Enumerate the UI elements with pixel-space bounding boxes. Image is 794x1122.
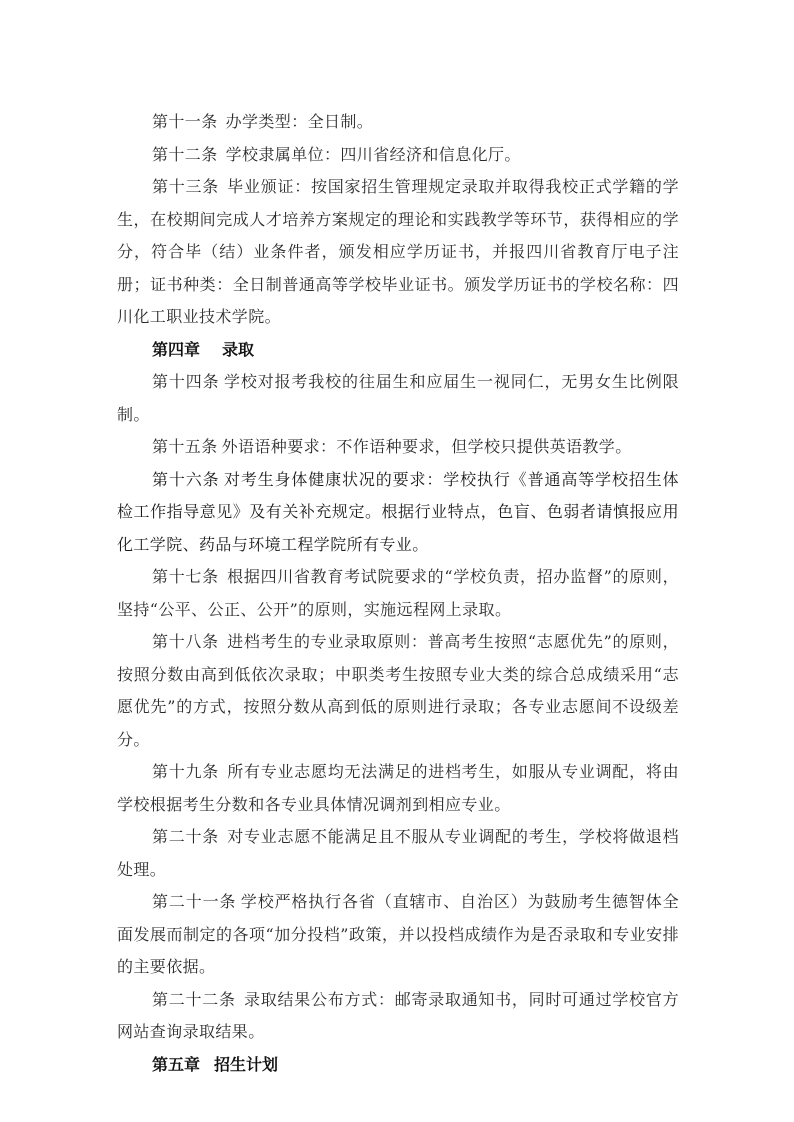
- chapter-label: 第四章: [152, 340, 200, 359]
- article-label: 第十五条: [152, 437, 218, 456]
- article-17: 第十七条根据四川省教育考试院要求的“学校负责，招办监督”的原则，坚持“公平、公正…: [117, 561, 679, 626]
- article-20: 第二十条对专业志愿不能满足且不服从专业调配的考生，学校将做退档处理。: [117, 821, 679, 886]
- article-label: 第十一条: [152, 112, 218, 131]
- chapter-5-heading: 第五章招生计划: [117, 1049, 679, 1082]
- chapter-4-heading: 第四章录取: [117, 334, 679, 367]
- article-text: 学校隶属单位：四川省经济和信息化厅。: [226, 145, 521, 164]
- article-label: 第十八条: [152, 632, 219, 651]
- chapter-title: 招生计划: [214, 1055, 278, 1074]
- article-label: 第十四条: [152, 372, 219, 391]
- article-label: 第十九条: [152, 762, 219, 781]
- article-22: 第二十二条录取结果公布方式：邮寄录取通知书，同时可通过学校官方网站查询录取结果。: [117, 984, 679, 1049]
- chapter-label: 第五章: [152, 1055, 200, 1074]
- article-label: 第二十二条: [152, 990, 236, 1009]
- article-text: 毕业颁证：按国家招生管理规定录取并取得我校正式学籍的学生，在校期间完成人才培养方…: [117, 177, 679, 326]
- article-label: 第十六条: [152, 470, 219, 489]
- article-label: 第十七条: [152, 567, 219, 586]
- article-label: 第十二条: [152, 145, 218, 164]
- article-11: 第十一条办学类型：全日制。: [117, 106, 679, 139]
- article-label: 第二十条: [152, 827, 219, 846]
- article-text: 外语语种要求：不作语种要求，但学校只提供英语教学。: [222, 437, 632, 456]
- document-page: 第十一条办学类型：全日制。 第十二条学校隶属单位：四川省经济和信息化厅。 第十三…: [117, 106, 679, 1081]
- chapter-title: 录取: [222, 340, 254, 359]
- article-13: 第十三条毕业颁证：按国家招生管理规定录取并取得我校正式学籍的学生，在校期间完成人…: [117, 171, 679, 334]
- article-21: 第二十一条学校严格执行各省（直辖市、自治区）为鼓励考生德智体全面发展而制定的各项…: [117, 886, 679, 984]
- article-18: 第十八条进档考生的专业录取原则：普高考生按照“志愿优先”的原则，按照分数由高到低…: [117, 626, 679, 756]
- article-14: 第十四条学校对报考我校的往届生和应届生一视同仁，无男女生比例限制。: [117, 366, 679, 431]
- article-12: 第十二条学校隶属单位：四川省经济和信息化厅。: [117, 139, 679, 172]
- article-label: 第十三条: [152, 177, 219, 196]
- article-text: 办学类型：全日制。: [226, 112, 374, 131]
- article-19: 第十九条所有专业志愿均无法满足的进档考生，如服从专业调配，将由学校根据考生分数和…: [117, 756, 679, 821]
- article-15: 第十五条外语语种要求：不作语种要求，但学校只提供英语教学。: [117, 431, 679, 464]
- article-label: 第二十一条: [152, 892, 236, 911]
- article-16: 第十六条对考生身体健康状况的要求：学校执行《普通高等学校招生体检工作指导意见》及…: [117, 464, 679, 562]
